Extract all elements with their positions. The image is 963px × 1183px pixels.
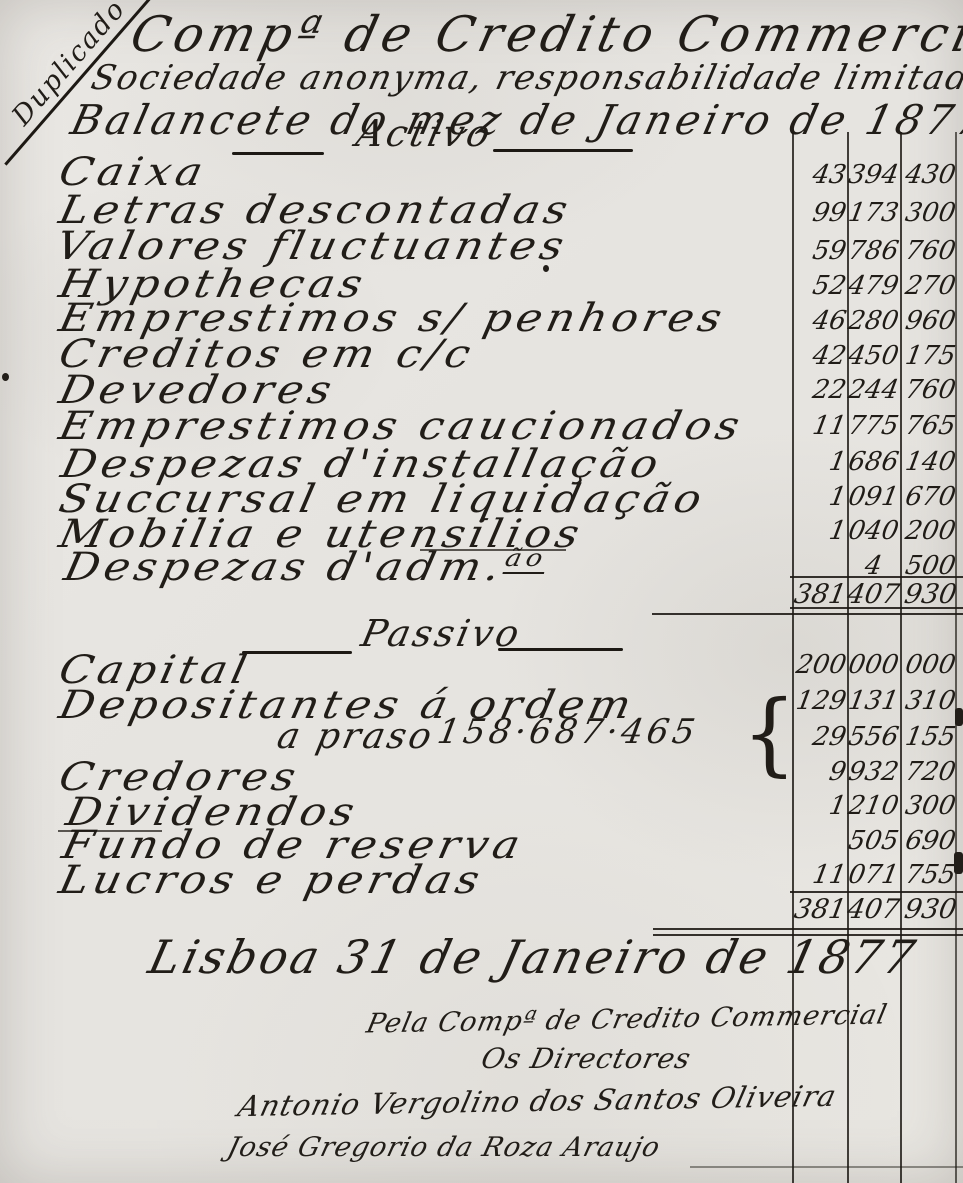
amount-thousands: 479 xyxy=(843,271,903,301)
amount-thousands: 394 xyxy=(843,160,903,190)
amount-units: 760 xyxy=(898,236,962,266)
amount-units: 670 xyxy=(898,482,962,512)
amount-thousands: 131 xyxy=(843,686,903,716)
signature-director-1: Antonio Vergolino dos Santos Oliveira xyxy=(235,1079,840,1123)
on-behalf-line: Pela Compª de Credito Commercial xyxy=(364,999,891,1039)
ledger-row-amount: 99173300 xyxy=(779,198,963,228)
heading-dash-rule xyxy=(498,648,623,651)
amount-millions: 1 xyxy=(779,516,848,546)
amount-thousands: 000 xyxy=(843,650,903,680)
section-heading-activo: Activo xyxy=(352,112,496,155)
place-date-line: Lisboa 31 de Janeiro de 1877 xyxy=(144,930,923,984)
amount-units: 200 xyxy=(898,516,962,546)
amount-thousands: 556 xyxy=(843,722,903,752)
amount-millions: 381 xyxy=(779,579,848,610)
ink-speck xyxy=(543,265,549,272)
company-title: Compª de Credito Commercial xyxy=(125,6,963,63)
amount-thousands: 071 xyxy=(843,860,903,890)
ledger-row-amount: 42450175 xyxy=(779,341,963,371)
amount-thousands: 040 xyxy=(843,516,903,546)
amount-thousands: 280 xyxy=(843,306,903,336)
ledger-row-amount: 59786760 xyxy=(779,236,963,266)
ledger-row-amount: 200000000 xyxy=(779,650,963,680)
ledger-row-amount: 52479270 xyxy=(779,271,963,301)
ledger-row-label: Despezas d'adm.ão xyxy=(60,544,550,590)
amount-millions: 46 xyxy=(779,306,848,336)
amount-units: 765 xyxy=(898,411,962,441)
amount-units: 960 xyxy=(898,306,962,336)
heading-dash-rule xyxy=(493,149,633,152)
amount-thousands: 210 xyxy=(843,791,903,821)
amount-units: 930 xyxy=(898,894,962,925)
amount-thousands: 407 xyxy=(843,894,903,925)
amount-units: 270 xyxy=(898,271,962,301)
amount-millions: 1 xyxy=(779,447,848,477)
amount-millions: 381 xyxy=(779,894,848,925)
amount-units: 175 xyxy=(898,341,962,371)
amount-thousands: 775 xyxy=(843,411,903,441)
passivo-total-amount: 381407930 xyxy=(779,894,963,925)
scan-edge-mark xyxy=(955,708,963,726)
amount-units: 430 xyxy=(898,160,962,190)
amount-millions: 42 xyxy=(779,341,848,371)
ledger-row-amount: 46280960 xyxy=(779,306,963,336)
ledger-row-amount: 1686140 xyxy=(779,447,963,477)
flourish-underline xyxy=(420,549,566,551)
amount-millions: 22 xyxy=(779,375,848,405)
amount-millions: 200 xyxy=(779,650,848,680)
amount-millions: 43 xyxy=(779,160,848,190)
sub-row-label: a praso xyxy=(274,716,438,757)
amount-millions: 1 xyxy=(779,482,848,512)
signature-director-2: José Gregorio da Roza Araujo xyxy=(224,1132,664,1163)
ledger-row-amount: 29556155 xyxy=(779,722,963,752)
ledger-row-amount: 11071755 xyxy=(779,860,963,890)
total-rule-top xyxy=(790,576,963,578)
amount-millions: 11 xyxy=(779,411,848,441)
heading-dash-rule xyxy=(232,152,324,155)
heading-dash-rule xyxy=(242,651,352,654)
amount-millions: 59 xyxy=(779,236,848,266)
amount-millions: 129 xyxy=(779,686,848,716)
ledger-row-label-text: Despezas d'adm. xyxy=(60,545,509,590)
amount-millions: 52 xyxy=(779,271,848,301)
total-rule-bottom xyxy=(790,607,963,609)
amount-thousands: 450 xyxy=(843,341,903,371)
amount-units: 155 xyxy=(898,722,962,752)
amount-units: 140 xyxy=(898,447,962,477)
amount-units: 755 xyxy=(898,860,962,890)
amount-thousands: 244 xyxy=(843,375,903,405)
directors-line: Os Directores xyxy=(478,1042,694,1075)
amount-thousands: 932 xyxy=(843,757,903,787)
scanned-ledger-page: Duplicado Compª de Credito Commercial So… xyxy=(0,0,963,1183)
flourish-underline xyxy=(58,830,162,832)
ledger-row-amount: 129131310 xyxy=(779,686,963,716)
amount-thousands: 505 xyxy=(843,826,903,856)
amount-millions: 1 xyxy=(779,791,848,821)
amount-units: 310 xyxy=(898,686,962,716)
ledger-row-amount: 9932720 xyxy=(779,757,963,787)
ledger-row-amount: 11775765 xyxy=(779,411,963,441)
ledger-row-amount: 22244760 xyxy=(779,375,963,405)
amount-units: 300 xyxy=(898,791,962,821)
amount-units: 760 xyxy=(898,375,962,405)
amount-millions xyxy=(779,826,848,856)
amount-thousands: 173 xyxy=(843,198,903,228)
sub-row-note-value: 158·687·465 xyxy=(434,712,701,752)
ledger-row-amount: 1040200 xyxy=(779,516,963,546)
amount-units: 720 xyxy=(898,757,962,787)
amount-units: 300 xyxy=(898,198,962,228)
total-rule-top xyxy=(790,891,963,893)
amount-thousands: 786 xyxy=(843,236,903,266)
ledger-row-amount: 1210300 xyxy=(779,791,963,821)
amount-millions: 11 xyxy=(779,860,848,890)
scan-edge-mark xyxy=(954,852,963,874)
ledger-row-amount: 1091670 xyxy=(779,482,963,512)
activo-total-amount: 381407930 xyxy=(779,579,963,610)
amount-millions: 9 xyxy=(779,757,848,787)
ledger-row-amount: 505690 xyxy=(779,826,963,856)
amount-thousands: 686 xyxy=(843,447,903,477)
section-close-rule xyxy=(652,613,963,615)
amount-millions: 29 xyxy=(779,722,848,752)
document-title: Balancete do mez de Janeiro de 1877 xyxy=(66,96,963,144)
amount-units: 690 xyxy=(898,826,962,856)
bottom-rule xyxy=(690,1166,963,1168)
amount-units: 000 xyxy=(898,650,962,680)
amount-millions: 99 xyxy=(779,198,848,228)
ledger-row-amount: 43394430 xyxy=(779,160,963,190)
ledger-row-label: Lucros e perdas xyxy=(55,858,488,903)
amount-units: 930 xyxy=(898,579,962,610)
ink-speck xyxy=(2,373,9,381)
amount-thousands: 091 xyxy=(843,482,903,512)
company-subtitle: Sociedade anonyma, responsabilidade limi… xyxy=(87,58,963,98)
amount-thousands: 407 xyxy=(843,579,903,610)
